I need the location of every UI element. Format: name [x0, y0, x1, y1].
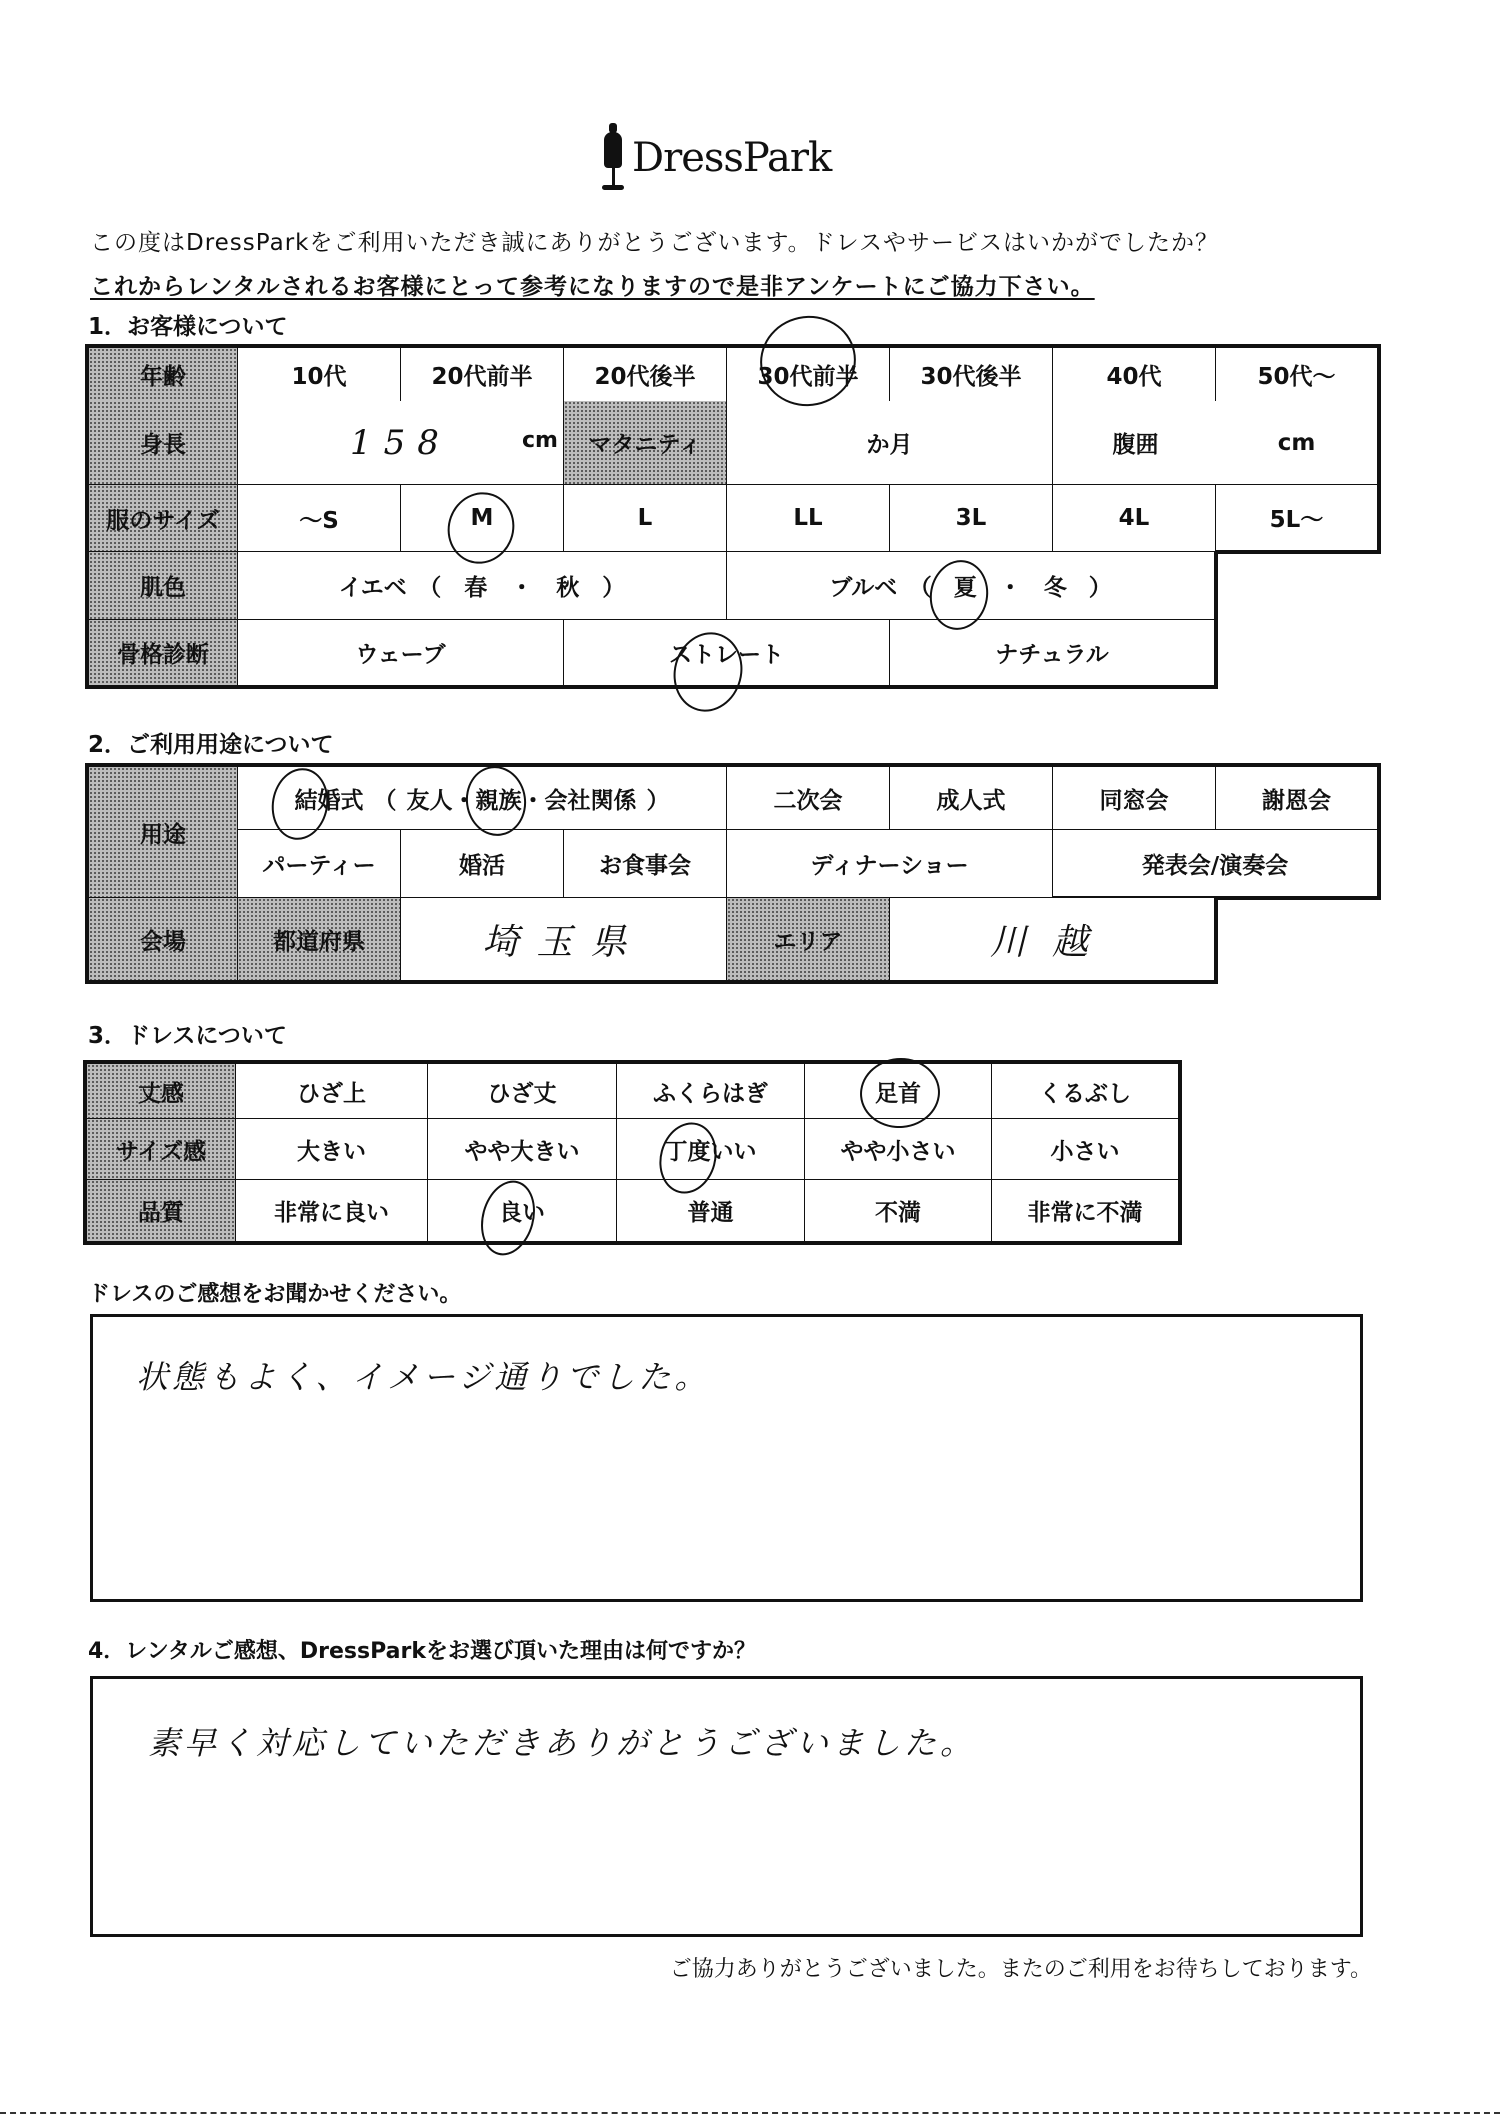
- skin-blue-winter[interactable]: 冬: [1044, 569, 1067, 602]
- skin-blue-option[interactable]: ブルベ （ 夏 ・ 冬 ）: [727, 552, 1218, 622]
- area-value: 川越: [990, 914, 1114, 965]
- section4-title: 4．レンタルご感想、DressParkをお選び頂いた理由は何ですか？: [88, 1634, 756, 1665]
- prefecture-value: 埼玉県: [482, 914, 644, 965]
- age-option-selected[interactable]: 30代前半: [727, 344, 892, 404]
- fit-option[interactable]: 小さい: [992, 1119, 1182, 1182]
- purpose-option[interactable]: 二次会: [727, 763, 892, 832]
- maternity-months-field[interactable]: か月: [727, 401, 1055, 487]
- fit-option[interactable]: やや小さい: [805, 1119, 994, 1182]
- dresspark-logo: DressPark: [600, 118, 860, 198]
- purpose-option[interactable]: ディナーショー: [727, 830, 1055, 900]
- size-label: 服のサイズ: [85, 485, 240, 554]
- purpose-option[interactable]: 発表会/演奏会: [1053, 830, 1381, 900]
- quality-option[interactable]: 非常に不満: [992, 1180, 1182, 1245]
- length-label: 丈感: [83, 1060, 238, 1121]
- purpose-option[interactable]: 成人式: [890, 763, 1055, 832]
- reason-answer: 素早く対応していただきありがとうございました。: [148, 1718, 976, 1764]
- waist-field[interactable]: cm: [1216, 401, 1381, 487]
- wedding-friend[interactable]: 友人: [407, 782, 453, 815]
- wedding-option[interactable]: 結婚式 （ 友人 ・ 親族 ・ 会社関係 ）: [238, 763, 729, 832]
- maternity-label: マタニティ: [564, 401, 729, 487]
- maternity-months-unit: か月: [867, 426, 913, 459]
- size-option[interactable]: 3L: [890, 485, 1055, 554]
- impression-prompt: ドレスのご感想をお聞かせください。: [88, 1277, 461, 1308]
- size-option-selected[interactable]: M: [401, 485, 566, 554]
- length-option[interactable]: ふくらはぎ: [617, 1060, 807, 1121]
- size-option[interactable]: ～S: [238, 485, 403, 554]
- purpose-option[interactable]: 婚活: [401, 830, 566, 900]
- height-value: 158: [350, 423, 451, 463]
- size-option[interactable]: 4L: [1053, 485, 1218, 554]
- size-option[interactable]: 5L～: [1216, 485, 1381, 554]
- age-option[interactable]: 50代～: [1216, 344, 1381, 404]
- wedding-sep: ・: [453, 782, 476, 815]
- area-field[interactable]: 川越: [890, 898, 1218, 984]
- waist-label: 腹囲: [1053, 401, 1218, 487]
- age-option[interactable]: 10代: [238, 344, 403, 404]
- prefecture-field[interactable]: 埼玉県: [401, 898, 729, 984]
- section2-title: 2．ご利用用途について: [88, 726, 334, 759]
- size-option[interactable]: LL: [727, 485, 892, 554]
- quality-option[interactable]: 普通: [617, 1180, 807, 1245]
- venue-label: 会場: [85, 898, 240, 984]
- skin-blue-prefix: ブルベ （: [829, 569, 932, 602]
- fit-label: サイズ感: [83, 1119, 238, 1182]
- wedding-close: ）: [647, 782, 670, 815]
- area-label: エリア: [727, 898, 892, 984]
- quality-label: 品質: [83, 1180, 238, 1245]
- fit-option[interactable]: 大きい: [236, 1119, 430, 1182]
- age-option[interactable]: 40代: [1053, 344, 1218, 404]
- length-option[interactable]: くるぶし: [992, 1060, 1182, 1121]
- footer-thanks: ご協力ありがとうございました。またのご利用をお待ちしております。: [670, 1952, 1372, 1983]
- skin-label: 肌色: [85, 552, 240, 622]
- wedding-company[interactable]: 会社関係: [545, 782, 637, 815]
- quality-option-selected[interactable]: 良い: [428, 1180, 619, 1245]
- waist-unit: cm: [1278, 430, 1316, 456]
- wedding-sep: ・: [522, 782, 545, 815]
- wedding-open: （: [374, 782, 397, 815]
- intro-text: この度はDressParkをご利用いただき誠にありがとうございます。ドレスやサー…: [90, 224, 1219, 257]
- wedding-prefix-selected[interactable]: 結婚式: [295, 782, 364, 815]
- skin-blue-summer-selected[interactable]: 夏: [954, 569, 977, 602]
- frame-option-selected[interactable]: ストレート: [564, 620, 892, 689]
- purpose-option[interactable]: お食事会: [564, 830, 729, 900]
- height-label: 身長: [85, 401, 240, 487]
- skin-blue-sep: ・: [999, 569, 1022, 602]
- length-option[interactable]: ひざ上: [236, 1060, 430, 1121]
- frame-option[interactable]: ナチュラル: [890, 620, 1218, 689]
- dress-form-icon: [600, 123, 626, 193]
- reason-textarea[interactable]: [90, 1676, 1363, 1937]
- height-unit: cm: [522, 428, 558, 453]
- size-option[interactable]: L: [564, 485, 729, 554]
- fit-option[interactable]: やや大きい: [428, 1119, 619, 1182]
- height-field[interactable]: 158: [238, 401, 566, 487]
- skin-yellow-option[interactable]: イエベ （ 春 ・ 秋 ）: [238, 552, 729, 622]
- intro-request-text: これからレンタルされるお客様にとって参考になりますので是非アンケートにご協力下さ…: [90, 268, 1095, 301]
- wedding-relative-selected[interactable]: 親族: [476, 782, 522, 815]
- scan-edge-line: [0, 2112, 1500, 2114]
- purpose-label: 用途: [85, 763, 240, 900]
- section1-title: 1．お客様について: [88, 308, 288, 341]
- fit-option-selected[interactable]: 丁度いい: [617, 1119, 807, 1182]
- frame-label: 骨格診断: [85, 620, 240, 689]
- age-option[interactable]: 20代前半: [401, 344, 566, 404]
- skin-blue-suffix: ）: [1089, 569, 1112, 602]
- impression-answer: 状態もよく、イメージ通りでした。: [136, 1352, 710, 1398]
- length-option[interactable]: ひざ丈: [428, 1060, 619, 1121]
- age-option[interactable]: 20代後半: [564, 344, 729, 404]
- frame-option[interactable]: ウェーブ: [238, 620, 566, 689]
- logo-text: DressPark: [632, 135, 831, 181]
- prefecture-label: 都道府県: [238, 898, 403, 984]
- purpose-option[interactable]: 同窓会: [1053, 763, 1218, 832]
- quality-option[interactable]: 不満: [805, 1180, 994, 1245]
- purpose-option[interactable]: パーティー: [238, 830, 403, 900]
- purpose-option[interactable]: 謝恩会: [1216, 763, 1381, 832]
- age-option[interactable]: 30代後半: [890, 344, 1055, 404]
- length-option-selected[interactable]: 足首: [805, 1060, 994, 1121]
- quality-option[interactable]: 非常に良い: [236, 1180, 430, 1245]
- age-label: 年齢: [85, 344, 240, 404]
- section3-title: 3．ドレスについて: [88, 1017, 287, 1050]
